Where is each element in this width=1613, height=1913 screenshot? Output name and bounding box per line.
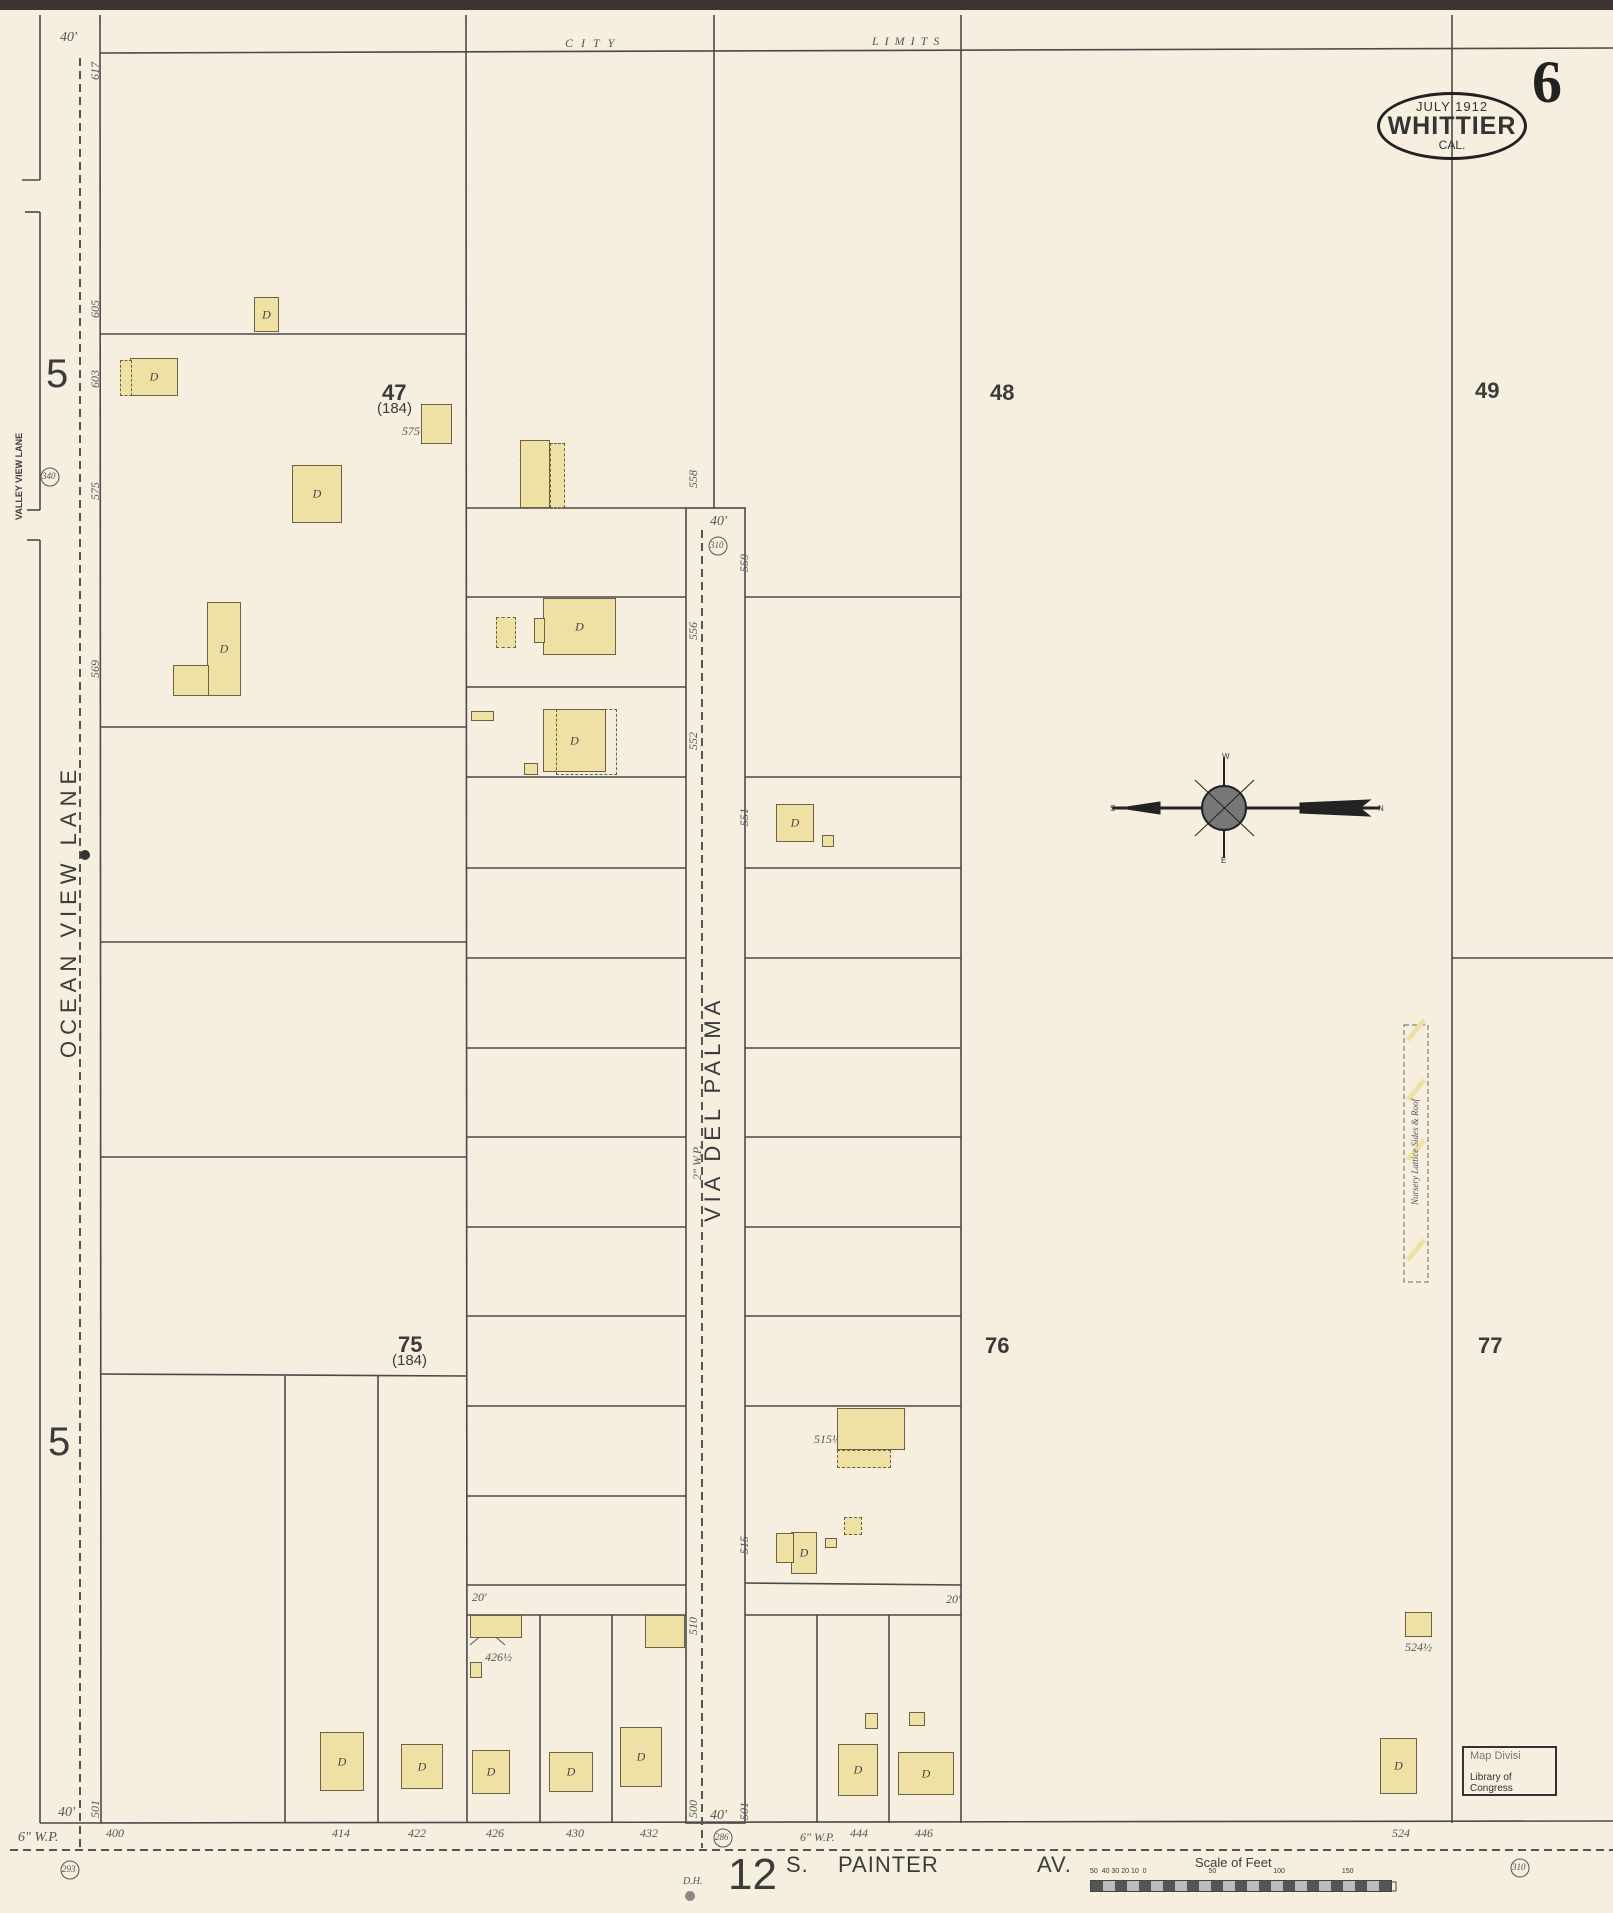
building-dwelling: D <box>838 1744 878 1796</box>
building-wing <box>776 1533 794 1563</box>
building-dwelling: D <box>549 1752 593 1792</box>
hydrant-number: 340 <box>42 471 56 481</box>
street-ocean-view-lane: OCEAN VIEW LANE <box>56 764 82 1058</box>
address-number: 605 <box>88 300 103 318</box>
scale-tick: 150 <box>1342 1868 1354 1875</box>
building-auto-garage <box>645 1615 685 1648</box>
building-auto-garage <box>520 440 550 508</box>
building-dwelling: D <box>898 1752 954 1795</box>
scale-tick: 30 <box>1111 1868 1119 1875</box>
stamp-line-2: Library of Congress <box>1470 1772 1549 1794</box>
nursery-label: Nursery Lattice Sides & Roof <box>1410 1099 1420 1205</box>
building-auto-garage <box>421 404 452 444</box>
address-number: 575 <box>88 482 103 500</box>
scale-bar <box>1090 1880 1392 1892</box>
width-ocean-view-top: 40' <box>60 30 77 46</box>
building-wing <box>173 665 209 696</box>
hydrant-number: 310 <box>1512 1862 1526 1872</box>
building-dwelling: D <box>320 1732 364 1791</box>
address-number: 617 <box>88 62 103 80</box>
address-number: 414 <box>332 1826 350 1841</box>
address-number: 603 <box>88 370 103 388</box>
address-number: 552 <box>686 732 701 750</box>
scale-ticks: 50 40 30 20 10 0 50 100 150 <box>1090 1868 1400 1875</box>
building-shed <box>822 835 834 847</box>
state-name: CAL. <box>1380 138 1524 152</box>
building-dwelling: D <box>292 465 342 523</box>
building-shed <box>825 1538 837 1548</box>
city-limits-label-limits: LIMITS <box>872 34 945 49</box>
stamp-line-1: Map Divisi <box>1470 1750 1549 1762</box>
building-auto-garage <box>837 1408 905 1450</box>
address-number: 515 <box>737 1536 752 1554</box>
building-dwelling: D <box>543 598 616 655</box>
building-shed <box>471 711 494 721</box>
address-number: 400 <box>106 1826 124 1841</box>
block-sub-47: (184) <box>377 400 412 417</box>
address-number: 500 <box>686 1800 701 1818</box>
building-dwelling: D <box>207 602 241 696</box>
sheet-number: 6 <box>1532 48 1562 117</box>
scale-tick: 50 <box>1090 1868 1098 1875</box>
block-number-48: 48 <box>990 380 1014 406</box>
water-pipe-ocean-view: 6" W.P. <box>18 1830 59 1846</box>
address-number: 524 <box>1392 1826 1410 1841</box>
address-number: 446 <box>915 1826 933 1841</box>
building-shed <box>844 1517 862 1535</box>
address-number: 426½ <box>485 1650 512 1665</box>
compass-north: W <box>1222 752 1230 761</box>
building-dwelling: D <box>776 804 814 842</box>
width-ocean-view-bottom: 40' <box>58 1805 75 1821</box>
library-stamp: Map Divisi Library of Congress <box>1462 1746 1557 1796</box>
hydrant-number: 293 <box>62 1864 76 1874</box>
building-shed <box>909 1712 925 1726</box>
building-porch <box>837 1450 891 1468</box>
building-shed <box>524 763 538 775</box>
building-porch <box>534 618 545 643</box>
address-number: 426 <box>486 1826 504 1841</box>
adjacent-sheet-5-top: 5 <box>46 352 68 397</box>
scale-tick: 10 <box>1131 1868 1139 1875</box>
fire-alarm-label: D.H. <box>683 1876 702 1887</box>
address-number: 422 <box>408 1826 426 1841</box>
adjacent-sheet-5-bottom: 5 <box>48 1420 70 1465</box>
compass-south: E <box>1221 856 1226 865</box>
width-via-del-palma-top: 40' <box>710 514 727 530</box>
city-limits-label-city: CITY <box>565 36 622 51</box>
scale-tick: 20 <box>1121 1868 1129 1875</box>
width-alley-left: 20' <box>472 1590 487 1605</box>
building-dwelling: D <box>472 1750 510 1794</box>
street-painter-direction: S. <box>786 1852 809 1878</box>
street-via-del-palma: VIA DEL PALMA <box>700 996 726 1222</box>
scale-tick: 50 <box>1208 1868 1216 1875</box>
building-dwelling: D <box>791 1532 817 1574</box>
map-linework <box>0 0 1613 1913</box>
building-dwelling: D <box>130 358 178 396</box>
adjacent-sheet-12: 12 <box>728 1850 777 1900</box>
city-name: WHITTIER <box>1380 114 1524 138</box>
street-painter-suffix: AV. <box>1037 1852 1072 1878</box>
compass-rose-icon <box>1112 757 1380 858</box>
address-number: 444 <box>850 1826 868 1841</box>
hydrant-number: 310 <box>710 540 724 550</box>
address-number: 430 <box>566 1826 584 1841</box>
building-dwelling: D <box>620 1727 662 1787</box>
building-shed <box>865 1713 878 1729</box>
address-number: 501 <box>88 1800 103 1818</box>
street-painter-name: PAINTER <box>838 1852 939 1878</box>
building-dwelling: D <box>1380 1738 1417 1794</box>
address-number: 501 <box>737 1802 752 1820</box>
building-porch <box>550 443 565 508</box>
hydrant-number: 286 <box>715 1832 729 1842</box>
block-sub-75: (184) <box>392 1352 427 1369</box>
building-porch <box>556 709 617 775</box>
building-porch <box>120 360 132 396</box>
width-alley-right: 20' <box>946 1592 961 1607</box>
scale-tick: 40 <box>1102 1868 1110 1875</box>
address-number: 551 <box>737 808 752 826</box>
address-number: 432 <box>640 1826 658 1841</box>
building-shed <box>496 617 516 648</box>
building-dwelling: D <box>254 297 279 332</box>
width-via-del-palma-bottom: 40' <box>710 1808 727 1824</box>
address-number: 558 <box>686 470 701 488</box>
compass-east-tip: N <box>1378 804 1384 813</box>
title-cartouche: JULY 1912 WHITTIER CAL. <box>1377 92 1527 160</box>
block-number-77: 77 <box>1478 1333 1502 1359</box>
building-auto-garage <box>1405 1612 1432 1637</box>
address-number: 556 <box>686 622 701 640</box>
sanborn-map-sheet: JULY 1912 WHITTIER CAL. 6 CITY LIMITS 47… <box>0 0 1613 1913</box>
water-pipe-via-del-palma: 2" W.P. <box>690 1145 705 1180</box>
block-number-49: 49 <box>1475 378 1499 404</box>
address-number: 559 <box>737 554 752 572</box>
address-number: 524½ <box>1405 1640 1432 1655</box>
address-number: 569 <box>88 660 103 678</box>
scale-tick: 100 <box>1273 1868 1285 1875</box>
building-auto-garage <box>470 1615 522 1638</box>
water-pipe-painter: 6" W.P. <box>800 1830 835 1845</box>
street-valley-view-lane: VALLEY VIEW LANE <box>14 433 24 520</box>
address-number: 510 <box>686 1617 701 1635</box>
block-number-76: 76 <box>985 1333 1009 1359</box>
building-shed <box>470 1662 482 1678</box>
building-dwelling: D <box>401 1744 443 1789</box>
scale-tick: 0 <box>1143 1868 1147 1875</box>
compass-west-tip: S <box>1110 804 1115 813</box>
